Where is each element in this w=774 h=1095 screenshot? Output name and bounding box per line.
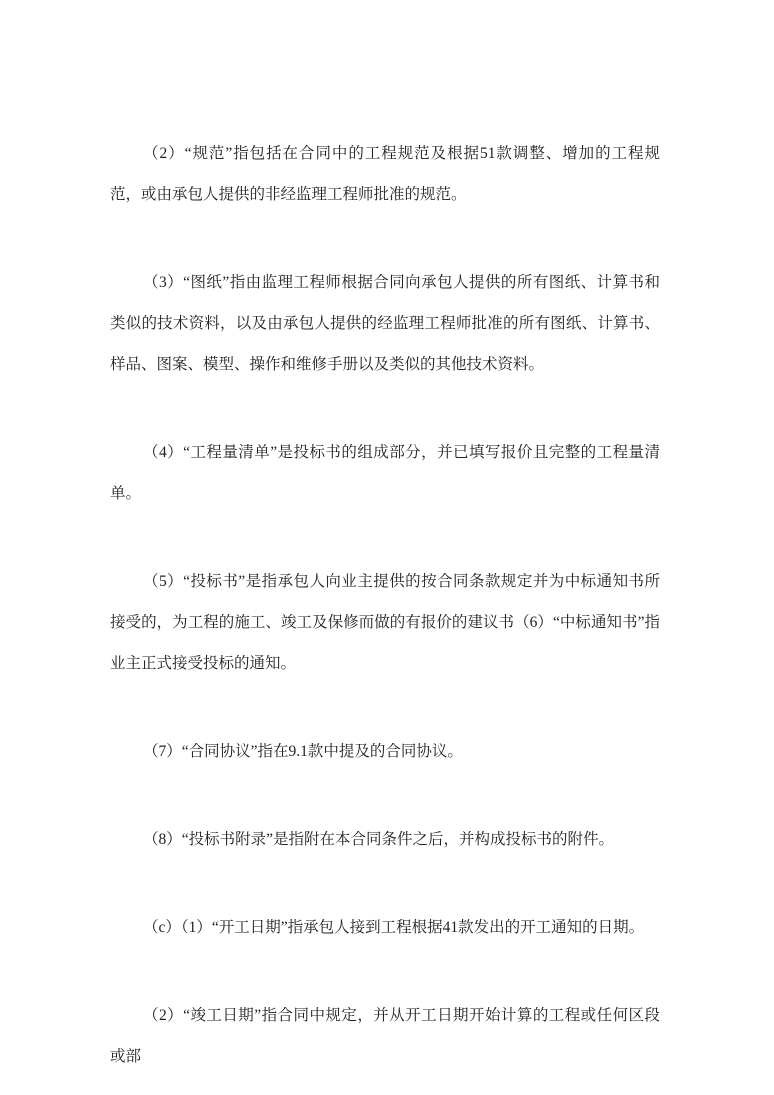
paragraph-commencement-date: （c）（1）“开工日期”指承包人接到工程根据41款发出的开工通知的日期。: [110, 907, 660, 948]
document-page: （2）“规范”指包括在合同中的工程规范及根据51款调整、增加的工程规范，或由承包…: [0, 0, 774, 1095]
paragraph-contract-agreement: （7）“合同协议”指在9.1款中提及的合同协议。: [110, 731, 660, 772]
paragraph-completion-date: （2）“竣工日期”指合同中规定，并从开工日期开始计算的工程或任何区段或部: [110, 995, 660, 1077]
paragraph-appendix-to-tender: （8）“投标书附录”是指附在本合同条件之后，并构成投标书的附件。: [110, 819, 660, 860]
paragraph-specifications: （2）“规范”指包括在合同中的工程规范及根据51款调整、增加的工程规范，或由承包…: [110, 133, 660, 215]
document-window: { "theme": { "page_background": "#ffffff…: [0, 0, 774, 1095]
paragraph-tender-and-award: （5）“投标书”是指承包人向业主提供的按合同条款规定并为中标通知书所接受的，为工…: [110, 561, 660, 684]
paragraph-drawings: （3）“图纸”指由监理工程师根据合同向承包人提供的所有图纸、计算书和类似的技术资…: [110, 262, 660, 385]
document-body: （2）“规范”指包括在合同中的工程规范及根据51款调整、增加的工程规范，或由承包…: [110, 133, 660, 1077]
paragraph-bill-of-quantities: （4）“工程量清单”是投标书的组成部分，并已填写报价且完整的工程量清单。: [110, 432, 660, 514]
